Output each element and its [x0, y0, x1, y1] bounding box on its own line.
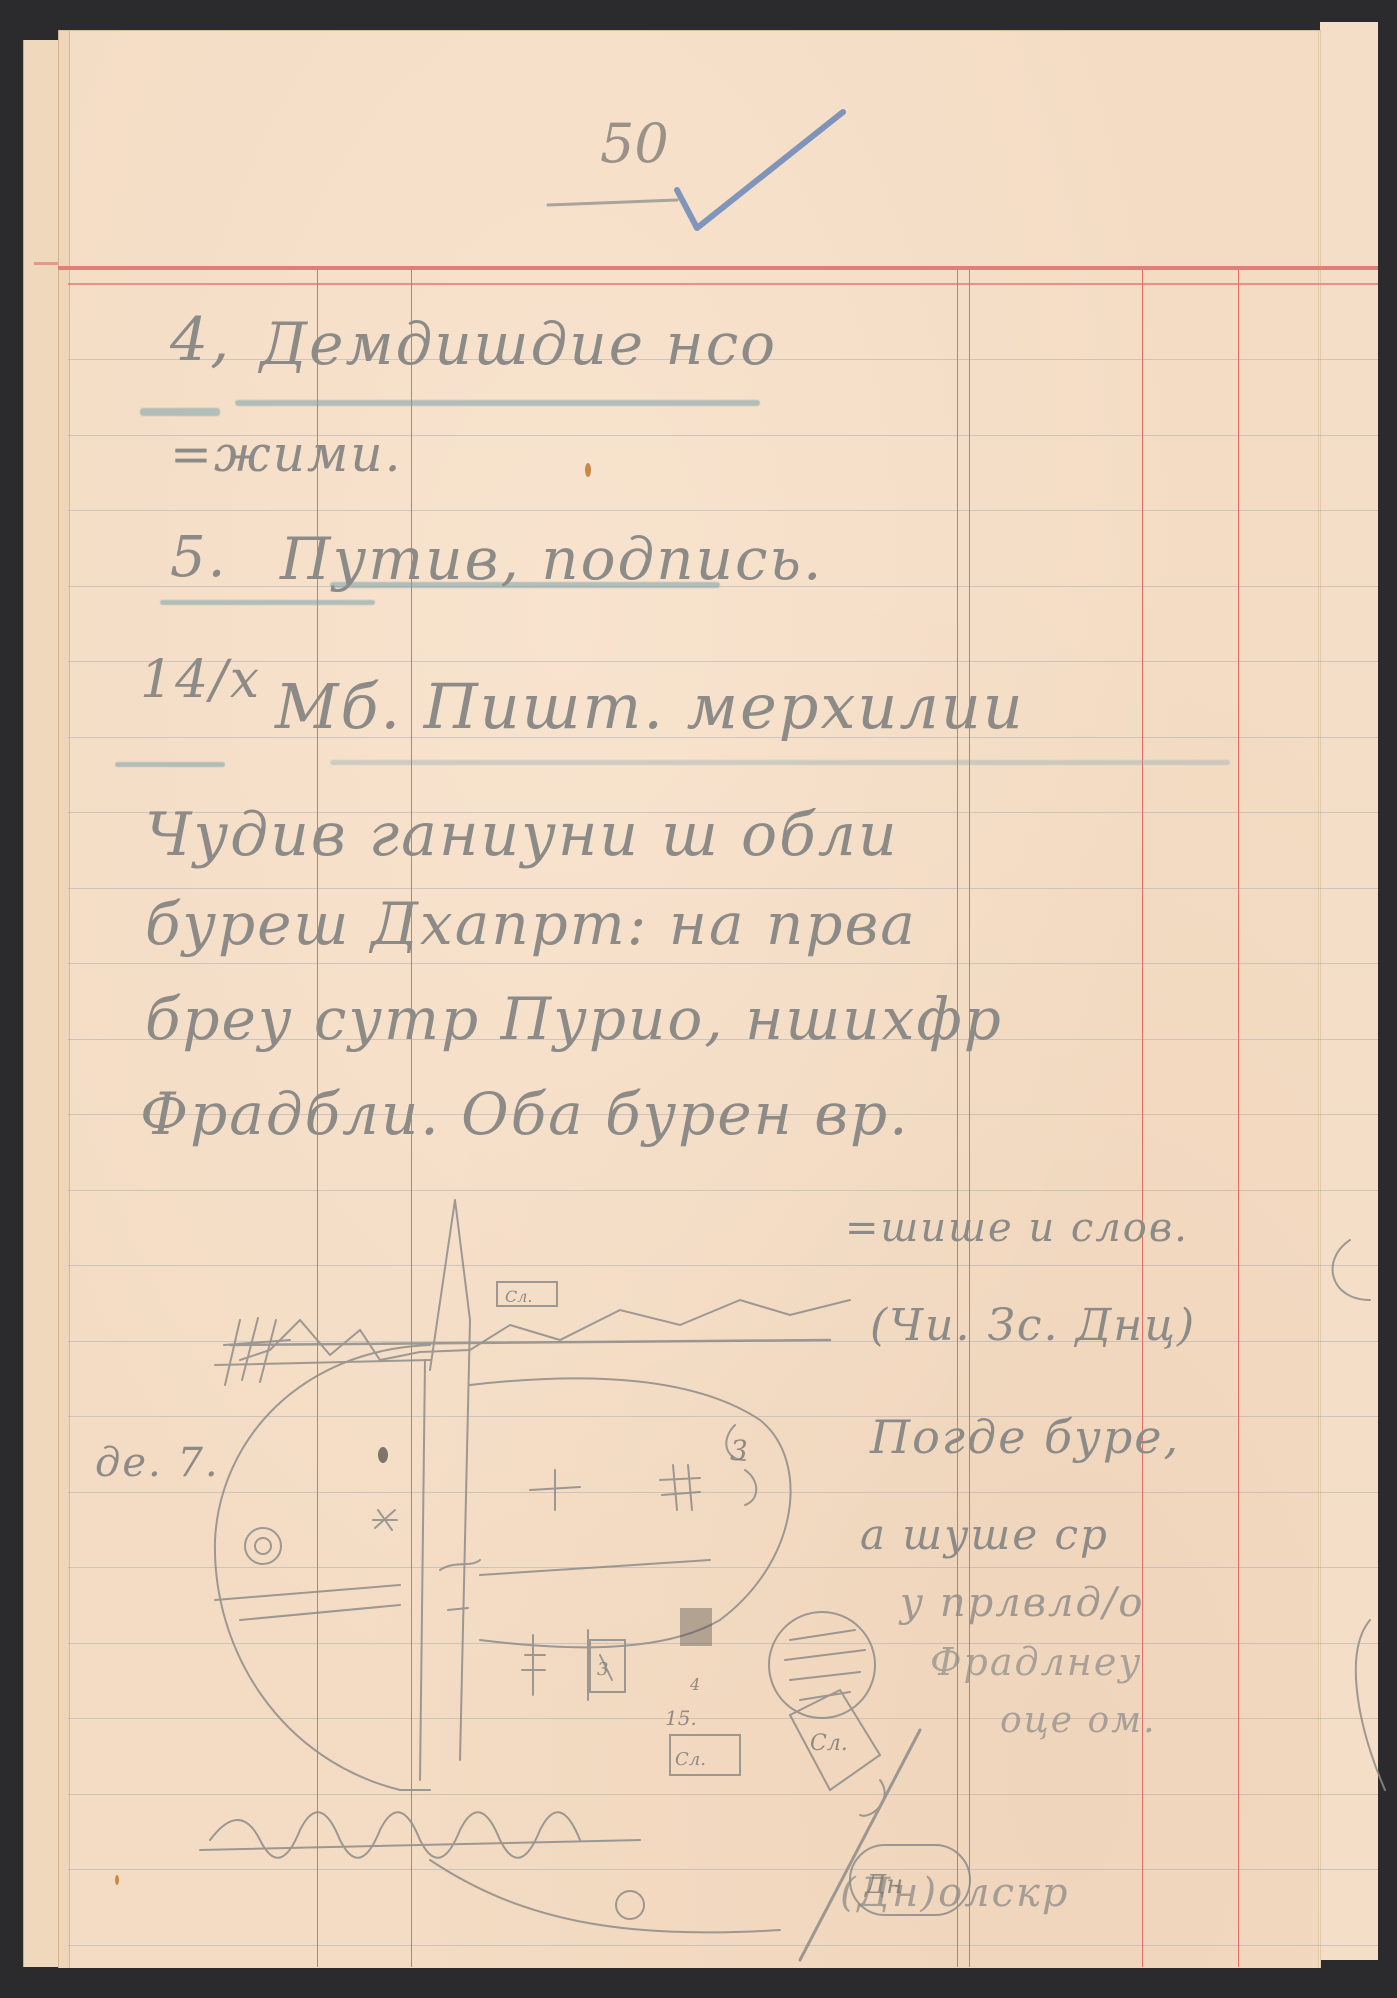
sketch-label-dn: Дн: [864, 1870, 903, 1900]
sketch-label-3: 3: [597, 1659, 608, 1680]
sketch-label-sl-box: Сл.: [675, 1749, 706, 1770]
sketch-label-sl-diamond: Сл.: [810, 1731, 848, 1756]
sketch-label-15: 15.: [665, 1706, 697, 1730]
check-mark-icon: [548, 112, 843, 228]
paper-stain: [585, 463, 591, 477]
sketch-label-s3: 3: [730, 1434, 748, 1467]
sketch-label-sl-top: Сл.: [505, 1287, 533, 1306]
pencil-sketch-map: Сл. Сл. Сл. Дн 15. 4 3 3: [0, 0, 1397, 1998]
sketch-label-4: 4: [689, 1675, 700, 1694]
